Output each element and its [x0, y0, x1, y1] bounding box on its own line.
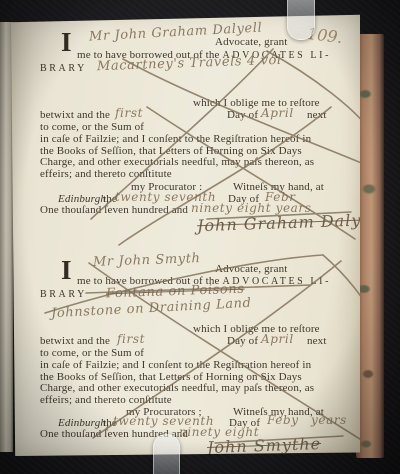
conservation-clip-top: [287, 0, 315, 40]
oblige-line: which I oblige me to reſtore: [193, 323, 320, 335]
return-month-handwritten: April: [261, 332, 294, 346]
failzie-line-1: in caſe of Failzie; and I conſent to the…: [40, 359, 311, 371]
betwixt-label: betwixt and the: [40, 109, 110, 121]
sum-line: to come, or the Sum of: [40, 347, 144, 359]
neighbor-page-edge: [0, 22, 13, 452]
drop-cap: I: [61, 29, 72, 56]
advocate-grant-label: Advocate, grant: [215, 263, 288, 275]
return-day-handwritten: first: [115, 106, 143, 120]
failzie-line-1: in caſe of Failzie; and I conſent to the…: [40, 133, 311, 145]
next-label: next: [307, 335, 327, 347]
book-fore-edge: [356, 34, 384, 458]
day-of-label: Day of: [227, 335, 258, 347]
sum-line: to come, or the Sum of: [40, 121, 144, 133]
failzie-line-3: Charge, and other executorials needful, …: [40, 156, 314, 168]
borrower-name-handwritten: Mr John Smyth: [93, 251, 201, 270]
photo-background: I Mr John Graham Dalyell Advocate, grant…: [0, 0, 400, 474]
drop-cap: I: [61, 257, 72, 284]
advocate-grant-label: Advocate, grant: [215, 36, 288, 48]
signature: John Smythe: [207, 434, 322, 457]
conservation-clip-bottom: [153, 434, 180, 474]
return-day-handwritten: first: [117, 332, 145, 346]
failzie-line-3: Charge, and other executorials needful, …: [40, 382, 314, 394]
date-month-handwritten: Feby: [267, 413, 299, 427]
year-trail-handwritten: years: [311, 413, 347, 427]
year-line: One thouſand ſeven hundred and: [40, 204, 188, 216]
oblige-line: which I oblige me to reſtore: [193, 97, 320, 109]
brary-label: BRARY: [40, 289, 87, 300]
day-of-label: Day of: [227, 109, 258, 121]
failzie-line-4: effeirs; and thereto conſtitute: [40, 168, 172, 180]
book-page: I Mr John Graham Dalyell Advocate, grant…: [11, 13, 360, 456]
failzie-line-4: effeirs; and thereto conſtitute: [40, 394, 172, 406]
brary-label: BRARY: [40, 63, 87, 74]
return-month-handwritten: April: [261, 106, 294, 120]
betwixt-label: betwixt and the: [40, 335, 110, 347]
next-label: next: [307, 109, 327, 121]
